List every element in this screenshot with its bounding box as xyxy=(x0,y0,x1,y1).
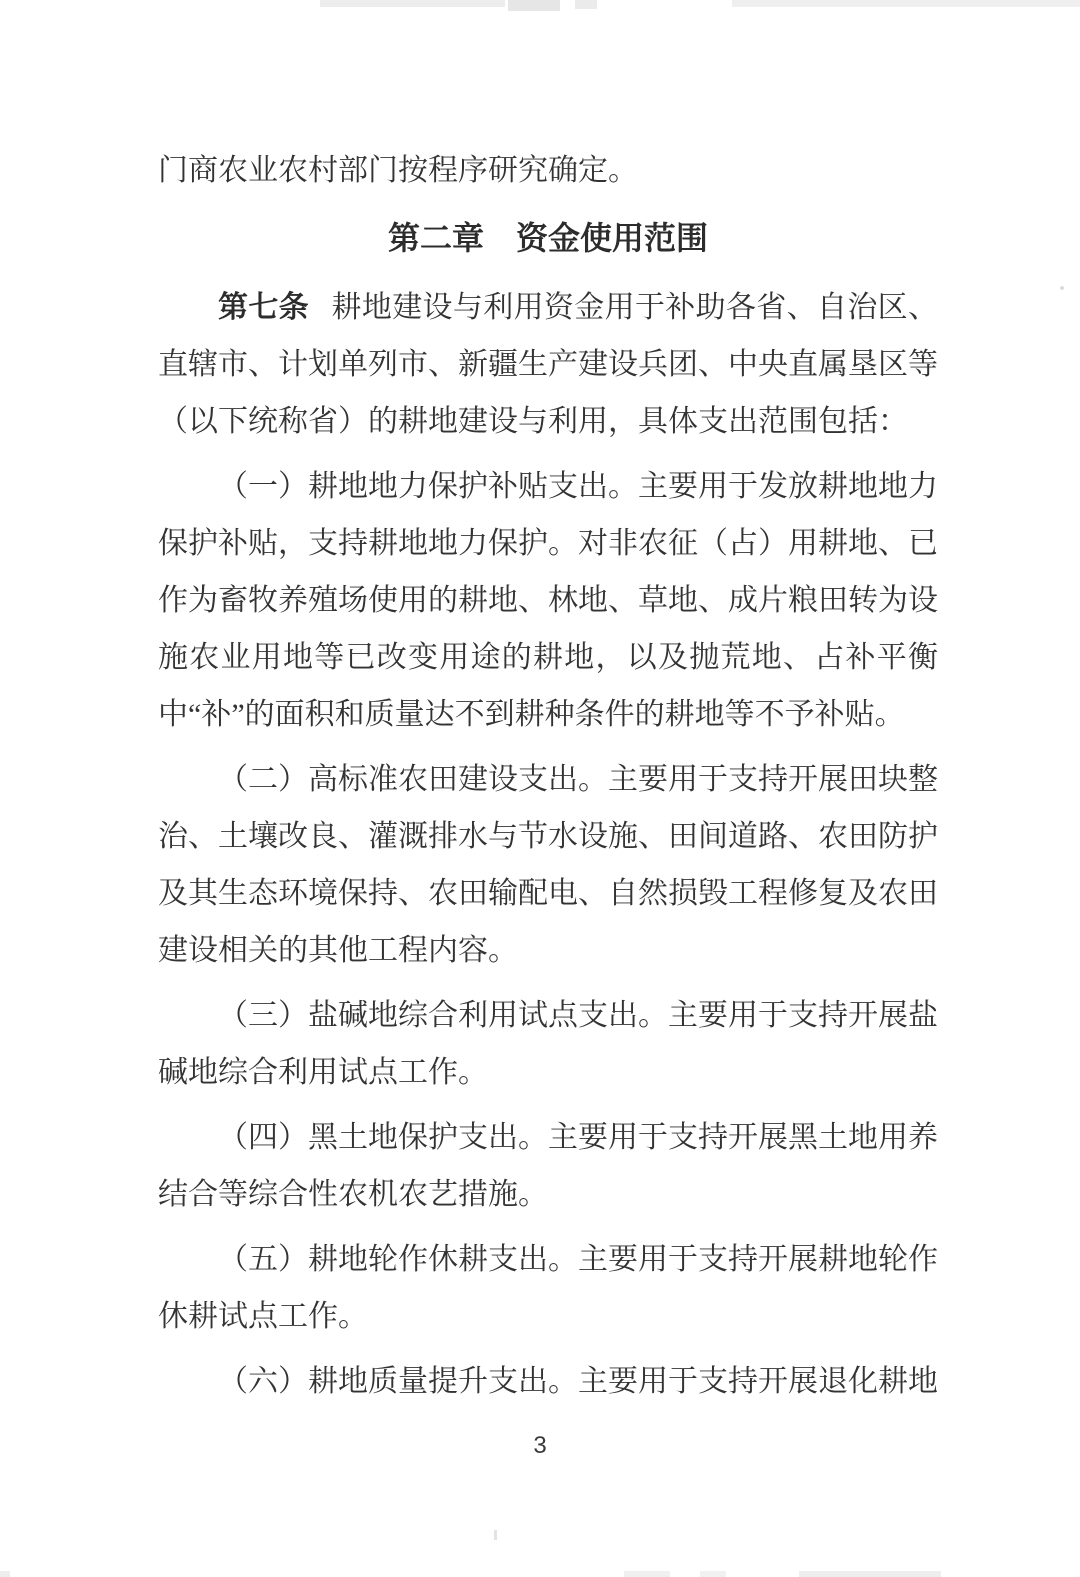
page-number: 3 xyxy=(0,1430,1080,1462)
scan-artifact-top-1 xyxy=(320,0,505,7)
scan-artifact-bottom-4 xyxy=(799,1571,941,1577)
scan-artifact-bottom-2 xyxy=(624,1571,670,1577)
page-content: 门商农业农村部门按程序研究确定。 第二章 资金使用范围 第七条耕地建设与利用资金… xyxy=(158,142,938,1410)
scan-artifact-bottom-3 xyxy=(700,1571,726,1577)
scanned-document-page: { "page": { "background_color": "#ffffff… xyxy=(0,0,1080,1577)
scan-artifact-top-2 xyxy=(508,0,560,11)
scan-speck xyxy=(494,1530,497,1540)
list-item-5: （五）耕地轮作休耕支出。主要用于支持开展耕地轮作休耕试点工作。 xyxy=(158,1231,938,1345)
scan-speck xyxy=(1060,286,1064,290)
chapter-heading: 第二章 资金使用范围 xyxy=(158,210,938,267)
article-number-label: 第七条 xyxy=(218,291,309,324)
scan-artifact-bottom-1 xyxy=(0,1571,10,1577)
list-item-4: （四）黑土地保护支出。主要用于支持开展黑土地用养结合等综合性农机农艺措施。 xyxy=(158,1109,938,1223)
list-item-1: （一）耕地地力保护补贴支出。主要用于发放耕地地力保护补贴，支持耕地地力保护。对非… xyxy=(158,458,938,743)
scan-artifact-top-3 xyxy=(575,0,597,9)
list-item-3: （三）盐碱地综合利用试点支出。主要用于支持开展盐碱地综合利用试点工作。 xyxy=(158,987,938,1101)
list-item-6: （六）耕地质量提升支出。主要用于支持开展退化耕地 xyxy=(158,1353,938,1410)
article-seven-paragraph: 第七条耕地建设与利用资金用于补助各省、自治区、直辖市、计划单列市、新疆生产建设兵… xyxy=(158,279,938,450)
paragraph-continuation: 门商农业农村部门按程序研究确定。 xyxy=(158,142,938,199)
list-item-2: （二）高标准农田建设支出。主要用于支持开展田块整治、土壤改良、灌溉排水与节水设施… xyxy=(158,751,938,979)
scan-artifact-top-4 xyxy=(732,0,1080,7)
